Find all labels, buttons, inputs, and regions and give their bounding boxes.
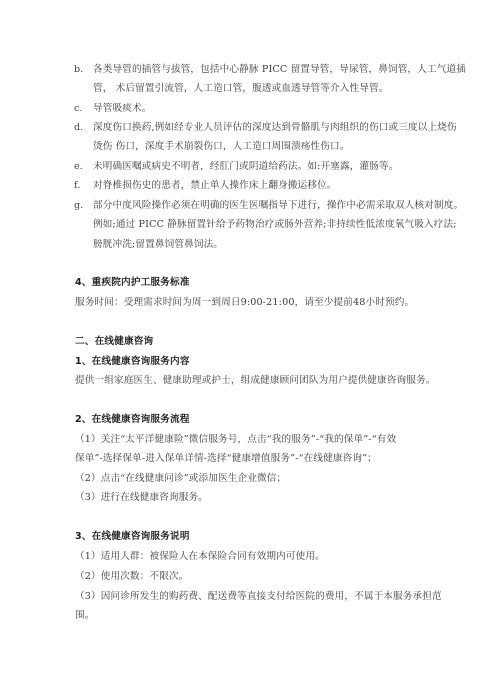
list-item-g-line-3: 膀胱冲洗;留置鼻饲管鼻饲法。 xyxy=(93,239,223,251)
sub-1-heading: 1、在线健康咨询服务内容 xyxy=(75,356,190,368)
list-item-b-line-2: 管， 术后留置引流管，人工造口管，腹透或血透导管等介入性导管。 xyxy=(93,83,389,95)
sub-2-line-1: （1）关注“太平洋健康险”微信服务号，点击“我的服务”-“我的保单”-“有效 xyxy=(75,434,396,446)
list-marker-c: c. xyxy=(74,103,82,115)
list-item-c-line-1: 导管吸痰术。 xyxy=(93,103,151,115)
list-marker-f: f. xyxy=(74,180,80,192)
sub-3-line-2: （2）使用次数：不限次。 xyxy=(75,571,188,583)
document-page: b. 各类导管的插管与拔管，包括中心静脉 PICC 留置导管，导尿管，鼻饲管，人… xyxy=(0,0,495,700)
sub-2-heading: 2、在线健康咨询服务流程 xyxy=(75,414,190,426)
section-4-text: 服务时间：受理需求时间为周一到周日9:00-21:00，请至少提前48小时预约。 xyxy=(75,297,414,309)
list-item-d-line-1: 深度伤口换药,例如经专业人员评估的深度达到骨骼肌与肉组织的伤口或三度以上烧伤 xyxy=(93,122,457,134)
list-marker-e: e. xyxy=(74,161,83,173)
sub-2-line-2: 保单”-选择保单-进入保单详情-选择“健康增值服务”-“在线健康咨询”； xyxy=(75,453,377,465)
sub-1-text: 提供一组家庭医生、健康助理或护士，组成健康顾问团队为用户提供健康咨询服务。 xyxy=(75,375,436,387)
list-item-b-line-1: 各类导管的插管与拔管，包括中心静脉 PICC 留置导管，导尿管，鼻饲管，人工气道… xyxy=(93,64,466,76)
sub-3-line-4: 围。 xyxy=(75,610,95,622)
list-item-g-line-1: 部分中度风险操作必须在明确的医生医嘱指导下进行，操作中必需采取双人核对制度。 xyxy=(93,200,463,212)
list-item-d-line-2: 烫伤 伤口，深度手术崩裂伤口，人工造口周围溃疡性伤口。 xyxy=(93,141,350,153)
list-marker-d: d. xyxy=(74,122,83,134)
sub-2-line-4: （3）进行在线健康咨询服务。 xyxy=(75,492,208,504)
sub-2-line-3: （2）点击“在线健康问诊”或添加医生企业微信； xyxy=(75,473,286,485)
list-item-g-line-2: 例如;通过 PICC 静脉留置针给予药物治疗或肠外营养;非持续性低浓度氧气吸入疗… xyxy=(93,219,457,231)
list-marker-g: g. xyxy=(74,200,83,212)
section-4-heading: 4、重疾院内护工服务标准 xyxy=(75,277,190,289)
sub-3-heading: 3、在线健康咨询服务说明 xyxy=(75,531,190,543)
list-item-f-line-1: 对脊椎损伤史的患者，禁止单人操作床上翻身搬运移位。 xyxy=(93,180,337,192)
part-2-heading: 二、在线健康咨询 xyxy=(75,336,153,348)
sub-3-line-3: （3）因问诊所发生的购药费、配送费等直接支付给医院的费用，不属于本服务承担范 xyxy=(75,591,442,603)
list-item-e-line-1: 未明确医嘱或病史不明者，经肛门或阴道给药法。如:开塞露，灌肠等。 xyxy=(93,161,398,173)
sub-3-line-1: （1）适用人群：被保险人在本保险合同有效期内可使用。 xyxy=(75,551,325,563)
list-marker-b: b. xyxy=(74,64,83,76)
